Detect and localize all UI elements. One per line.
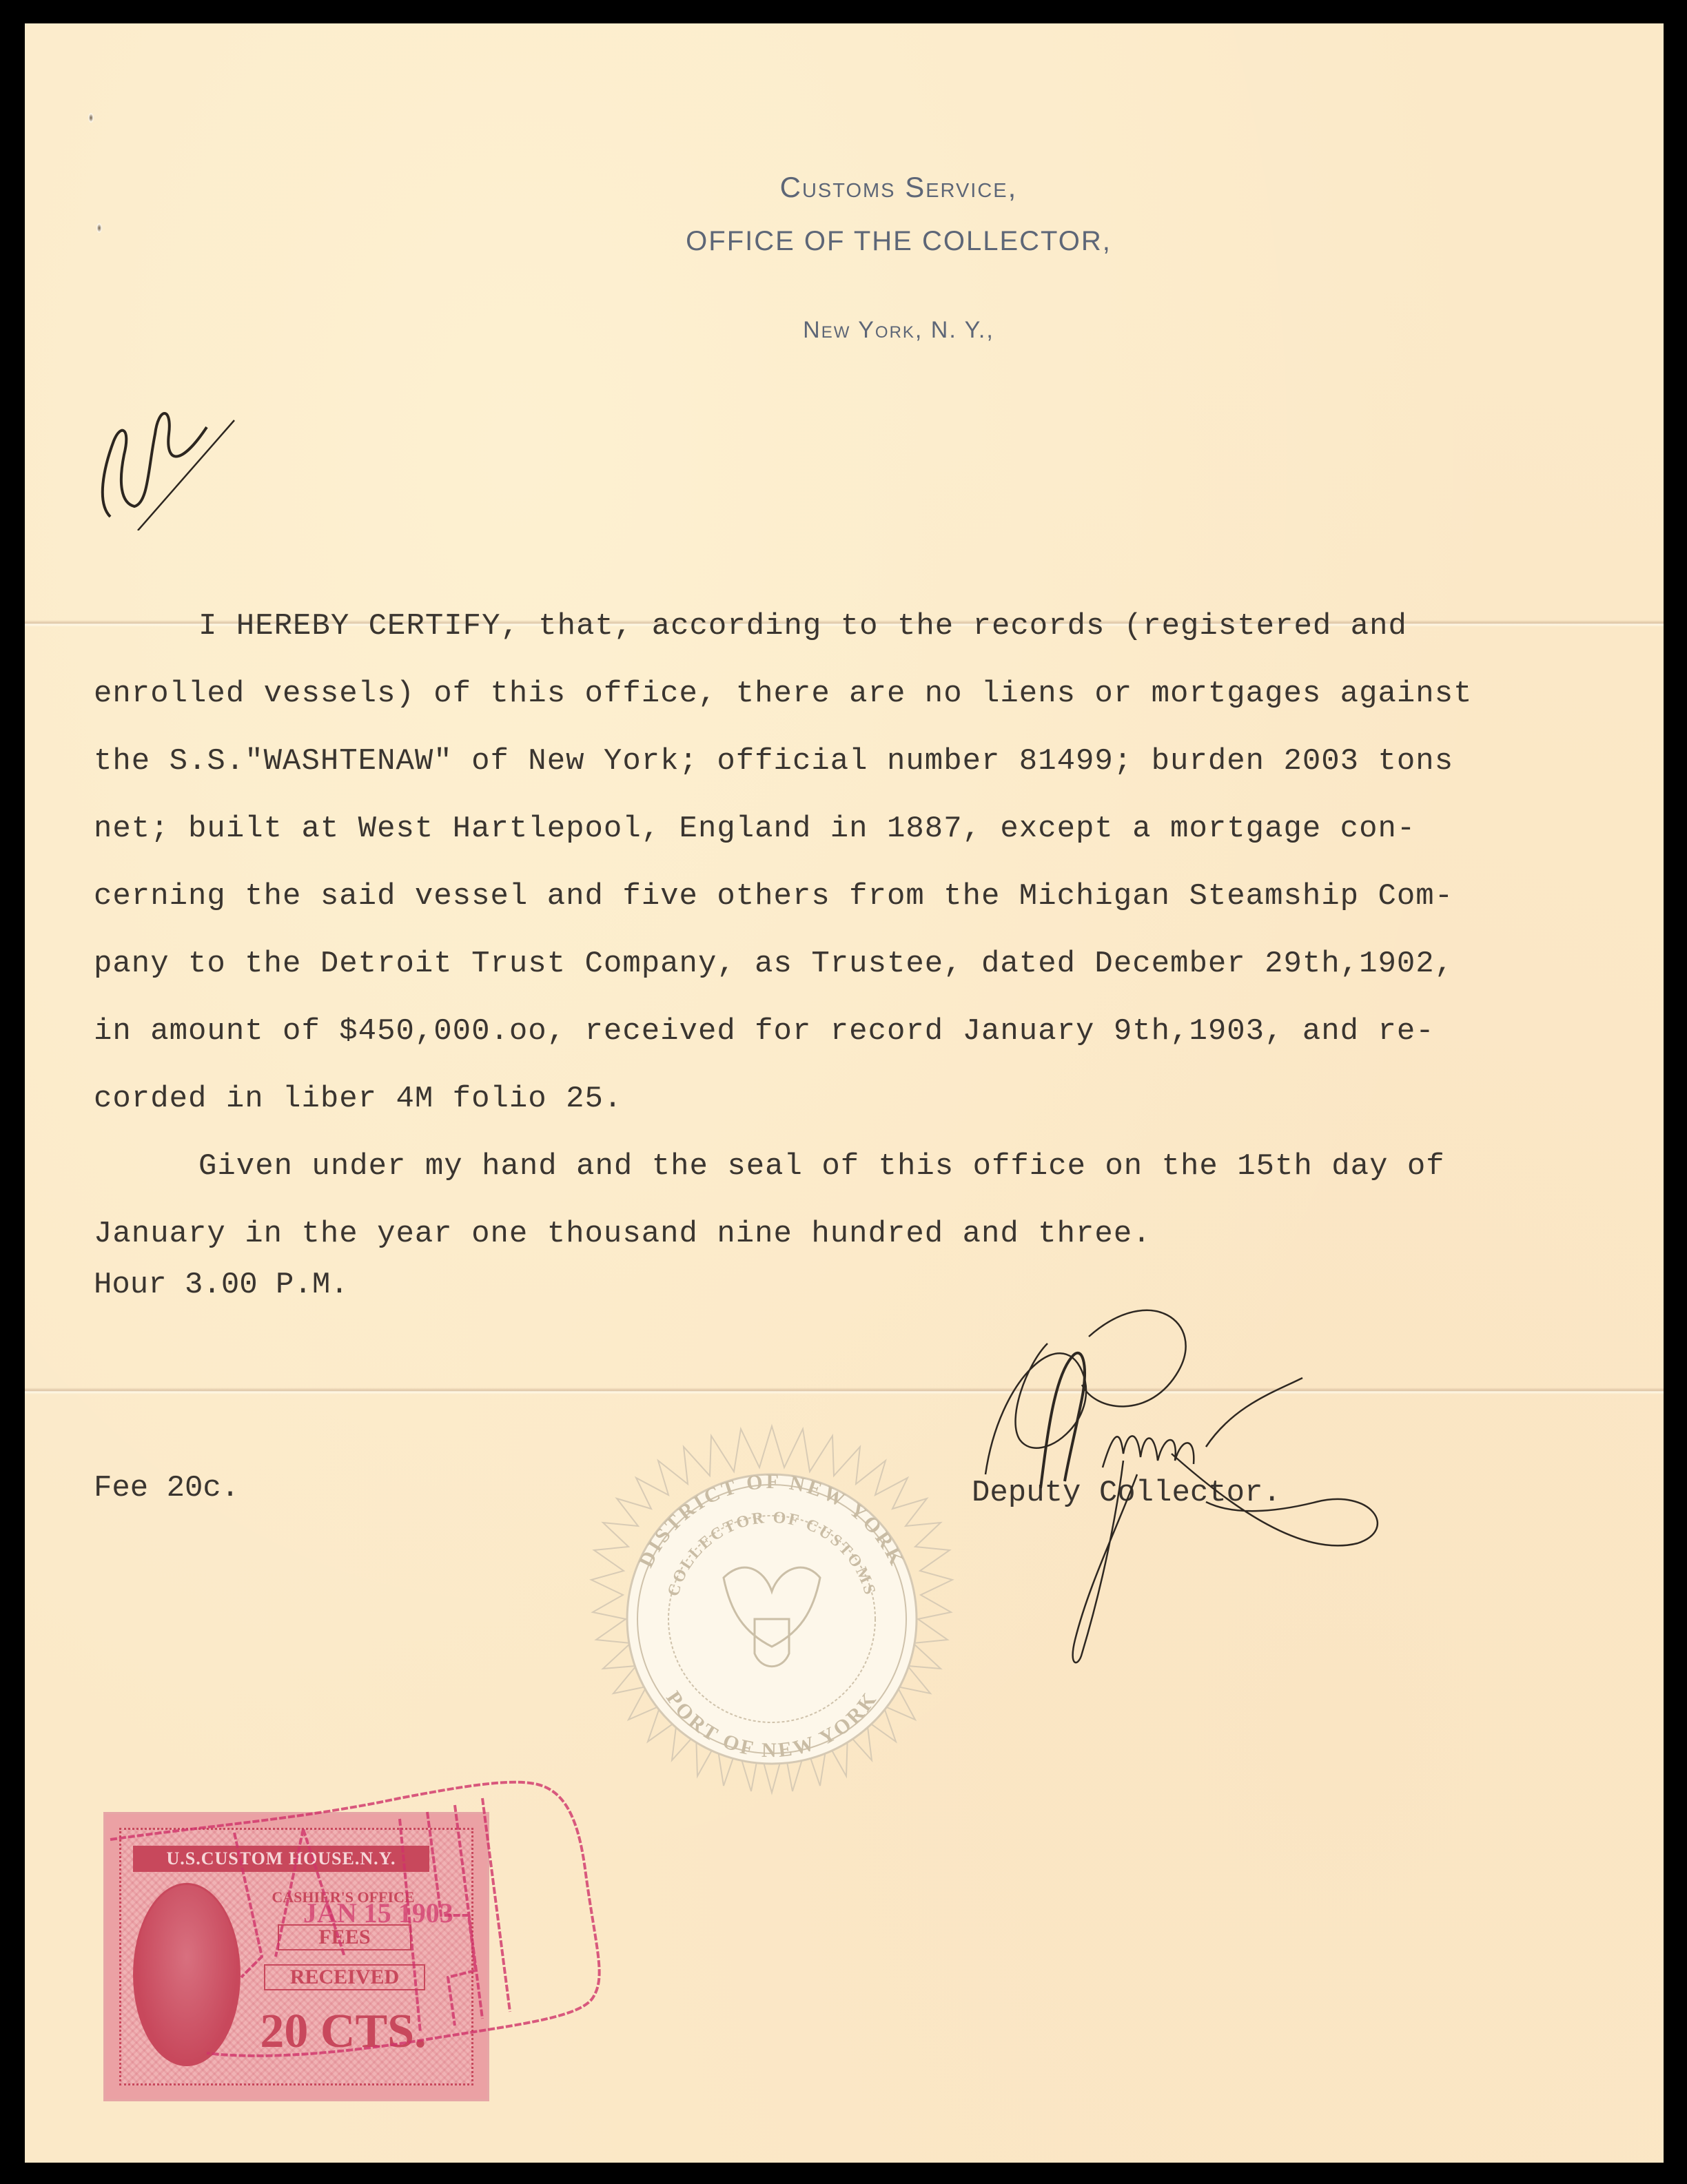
certificate-line: enrolled vessels) of this office, there … [94,660,1610,728]
handwritten-initials-icon [83,386,248,530]
svg-text:JAN 15 1903: JAN 15 1903 [303,1897,453,1928]
certificate-line: net; built at West Hartlepool, England i… [94,795,1610,863]
fee-text: Fee 20c. [94,1471,239,1505]
handwritten-signature-icon [944,1295,1440,1681]
certificate-line: pany to the Detroit Trust Company, as Tr… [94,930,1610,998]
hour-text: Hour 3.00 P.M. [94,1268,349,1302]
pinhole [88,113,94,123]
certificate-body: I HEREBY CERTIFY, that, according to the… [94,593,1610,1268]
certificate-line: I HEREBY CERTIFY, that, according to the… [94,593,1610,660]
certificate-line: corded in liber 4M folio 25. [94,1065,1610,1133]
certificate-line: cerning the said vessel and five others … [94,863,1610,930]
letterhead-title: Customs Service, [55,171,1687,204]
given-line: Given under my hand and the seal of this… [94,1133,1610,1200]
certificate-line: in amount of $450,000.oo, received for r… [94,998,1610,1065]
letterhead-location: New York, N. Y., [55,317,1687,344]
letterhead-office: OFFICE OF THE COLLECTOR, [55,226,1687,257]
certificate-line: the S.S."WASHTENAW" of New York; officia… [94,728,1610,795]
paid-cancellation-stamp-icon: JAN 15 1903 [96,1750,620,2067]
given-line: January in the year one thousand nine hu… [94,1200,1610,1268]
embossed-seal-icon: DISTRICT OF NEW YORK COLLECTOR OF CUSTOM… [565,1412,979,1826]
